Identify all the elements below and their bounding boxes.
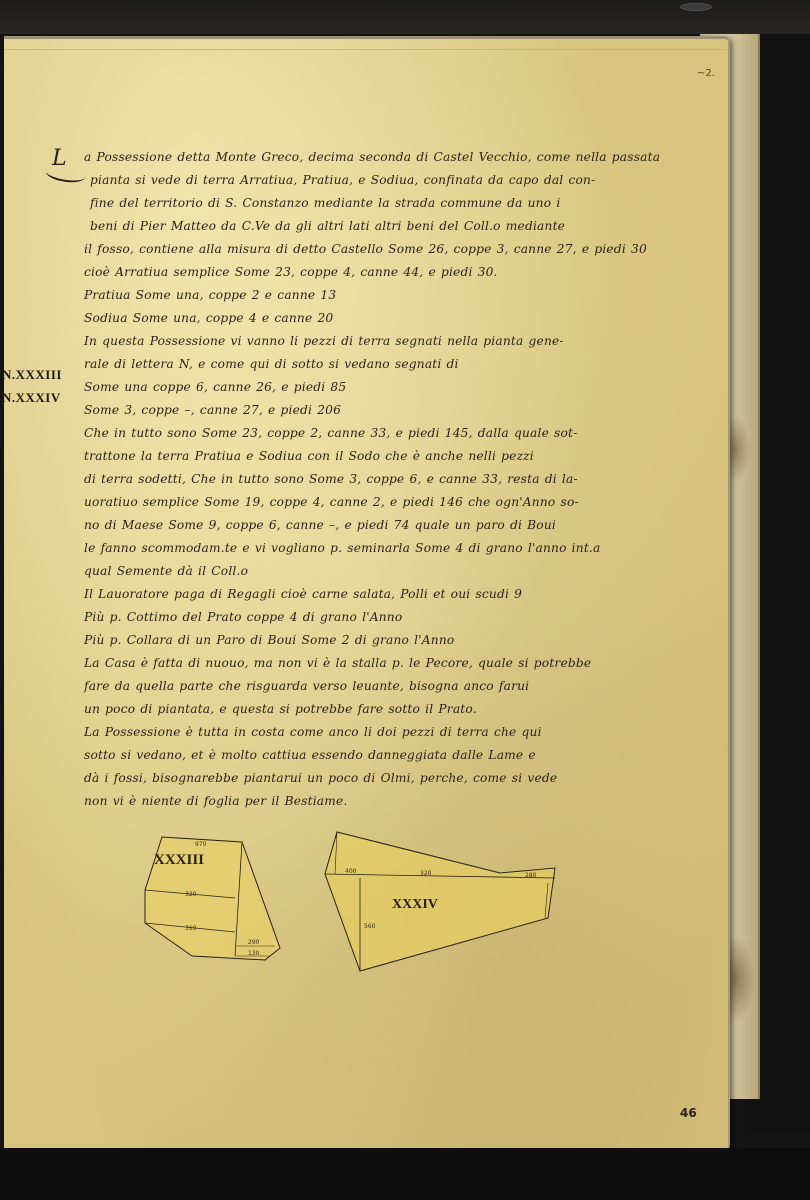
dimension-label: 400 <box>345 868 357 875</box>
margin-label-xxxiv: N.XXXIV <box>2 390 61 406</box>
text-line: Some 3, coppe –, canne 27, e piedi 206 <box>84 399 674 422</box>
text-line: La Casa è fatta di nuouo, ma non vi è la… <box>84 652 674 675</box>
dimension-label: 310 <box>185 925 197 932</box>
dimension-label: 280 <box>525 872 537 879</box>
plot-label: XXXIV <box>392 897 438 912</box>
text-line: Sodiua Some una, coppe 4 e canne 20 <box>84 307 674 330</box>
text-line: no di Maese Some 9, coppe 6, canne –, e … <box>84 514 674 537</box>
plot-diagram-xxxiv: XXXIV 400 320 280 560 <box>320 828 570 978</box>
text-line: La Possessione è tutta in costa come anc… <box>84 721 674 744</box>
manuscript-text: a Possessione detta Monte Greco, decima … <box>84 146 674 813</box>
dimension-label: 290 <box>248 939 260 946</box>
text-line: In questa Possessione vi vanno li pezzi … <box>84 330 674 353</box>
dimension-label: 970 <box>195 841 207 848</box>
text-line: il fosso, contiene alla misura di detto … <box>84 238 674 261</box>
page-top-edge <box>4 43 726 50</box>
scanner-clip <box>680 3 712 11</box>
text-line: Some una coppe 6, canne 26, e piedi 85 <box>84 376 674 399</box>
text-line: Il Lauoratore paga di Regagli cioè carne… <box>84 583 674 606</box>
text-line: pianta si vede di terra Arratiua, Pratiu… <box>84 169 674 192</box>
scanner-bottom-band <box>0 1148 810 1200</box>
text-line: un poco di piantata, e questa si potrebb… <box>84 698 674 721</box>
text-line: uoratiuo semplice Some 19, coppe 4, cann… <box>84 491 674 514</box>
text-line: fine del territorio di S. Constanzo medi… <box>84 192 674 215</box>
text-line: non vi è niente di foglia per il Bestiam… <box>84 790 674 813</box>
text-line: Pratiua Some una, coppe 2 e canne 13 <box>84 284 674 307</box>
dimension-label: 320 <box>185 891 197 898</box>
text-line: dà i fossi, bisognarebbe piantarui un po… <box>84 767 674 790</box>
text-line: a Possessione detta Monte Greco, decima … <box>84 146 674 169</box>
text-line: sotto si vedano, et è molto cattiua esse… <box>84 744 674 767</box>
corner-mark: ~2. <box>697 68 715 79</box>
text-line: cioè Arratiua semplice Some 23, coppe 4,… <box>84 261 674 284</box>
text-line: Più p. Collara di un Paro di Boui Some 2… <box>84 629 674 652</box>
plot-label: XXXIII <box>154 852 204 868</box>
text-line: Più p. Cottimo del Prato coppe 4 di gran… <box>84 606 674 629</box>
dimension-label: 130 <box>248 950 260 957</box>
folio-number: 46 <box>680 1106 697 1120</box>
text-line: qual Semente dà il Coll.o <box>84 560 674 583</box>
text-line: Che in tutto sono Some 23, coppe 2, cann… <box>84 422 674 445</box>
text-line: fare da quella parte che risguarda verso… <box>84 675 674 698</box>
text-line: beni di Pier Matteo da C.Ve da gli altri… <box>84 215 674 238</box>
dimension-label: 560 <box>364 923 376 930</box>
text-line: di terra sodetti, Che in tutto sono Some… <box>84 468 674 491</box>
text-line: rale di lettera N, e come qui di sotto s… <box>84 353 674 376</box>
text-line: trattone la terra Pratiua e Sodiua con i… <box>84 445 674 468</box>
text-line: le fanno scommodam.te e vi vogliano p. s… <box>84 537 674 560</box>
plot-diagram-xxxiii: XXXIII 970 320 310 290 130 <box>140 830 290 970</box>
dimension-label: 320 <box>420 870 432 877</box>
scanner-top-band <box>0 0 810 34</box>
plot-shape <box>325 832 555 971</box>
margin-label-xxxiii: N.XXXIII <box>2 367 62 383</box>
